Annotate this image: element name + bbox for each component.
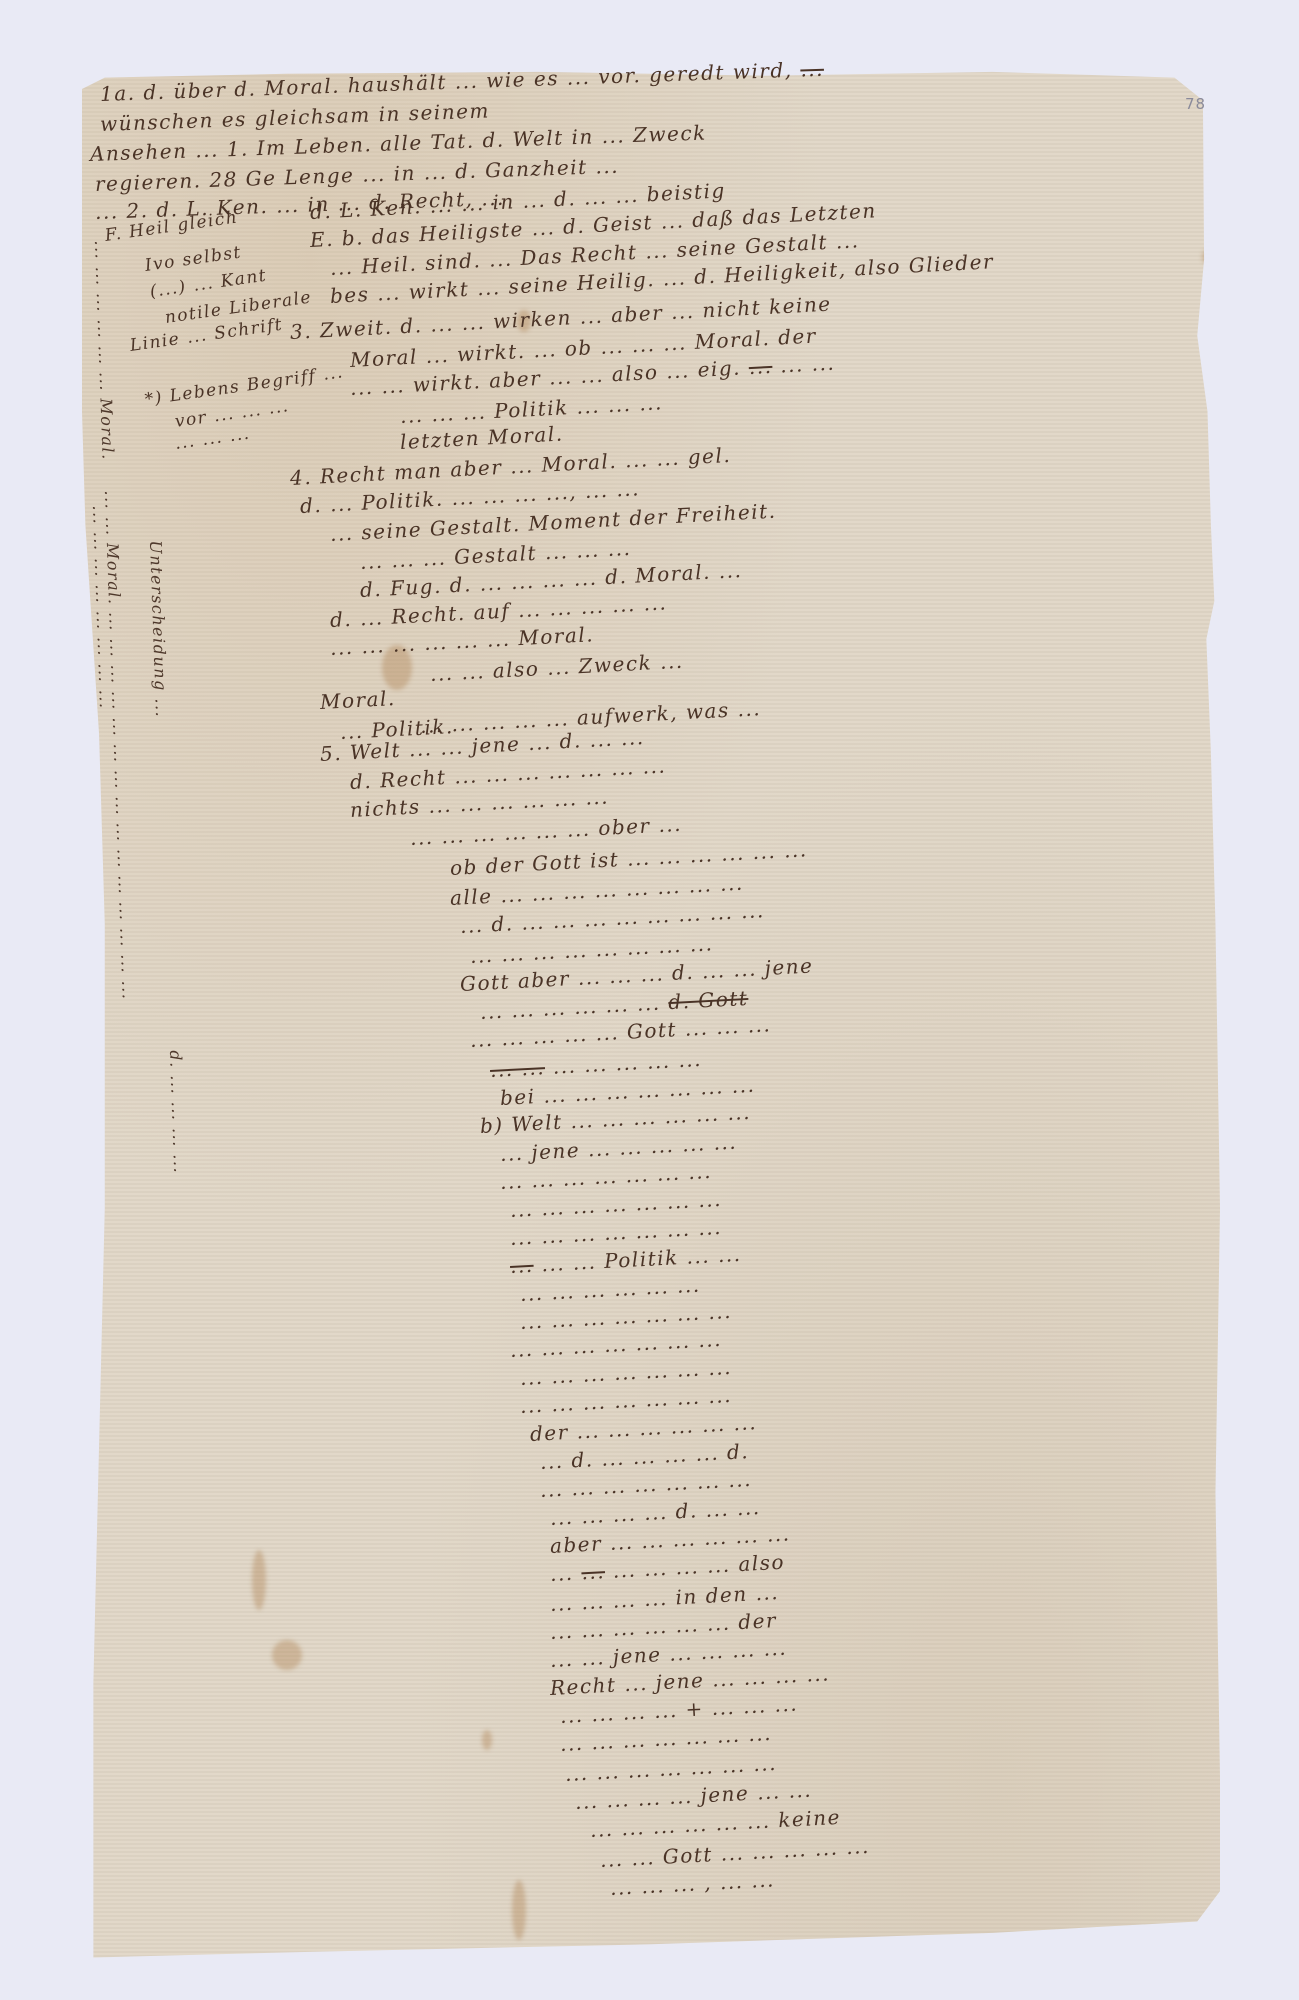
stain bbox=[1202, 250, 1212, 264]
section-4-line: Moral. bbox=[319, 686, 396, 714]
stain bbox=[272, 1640, 302, 1670]
stain bbox=[252, 1550, 266, 1610]
stain bbox=[512, 1880, 526, 1940]
stain bbox=[482, 1730, 492, 1750]
folio-number: 78 bbox=[1185, 95, 1206, 113]
